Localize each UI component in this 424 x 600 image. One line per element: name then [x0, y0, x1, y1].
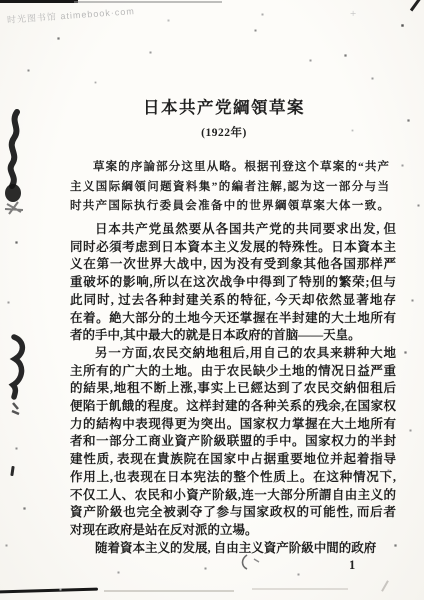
text-line: 建性质, 表现在貴族院在国家中占据重要地位并起着指导: [70, 451, 396, 469]
text-line: 主所有的广大的土地。由于农民缺少土地的情况日益严重: [70, 363, 396, 381]
document-year: (1922年): [61, 124, 387, 140]
editor-note: 草案的序論部分这里从略。根据刊登这个草案的“共产主义国际綱領问题資料集”的編者注…: [70, 158, 389, 217]
preface-line: 主义国际綱領问题資料集”的編者注解,認为这一部分与当: [70, 178, 389, 198]
text-line: 的結果,地租不断上涨,事实上已經达到了农民交納佃租后: [70, 380, 396, 398]
page-number: 1: [349, 558, 355, 573]
scan-corner-tick: [410, 0, 421, 11]
library-watermark: 时光图书馆 atimebook·com: [7, 4, 136, 26]
paragraph-3: 随着資本主义的发展, 自由主义資产阶級中間的政府: [70, 540, 396, 558]
text-line: 資产阶級也完全被剥夺了参与国家政权的可能性, 而后者: [70, 504, 396, 522]
ink-smudge-mid-left: [4, 332, 32, 418]
text-line: 日本共产党虽然要从各国共产党的共同要求出发, 但: [70, 221, 396, 239]
body-text: 日本共产党虽然要从各国共产党的共同要求出发, 但同时必須考虑到日本資本主义发展的…: [70, 221, 396, 557]
text-line: 此同时, 过去各种封建关系的特征, 今天却依然显著地存: [70, 292, 396, 310]
ink-tick-left: [10, 466, 14, 476]
text-line: 对现在政府是站在反对派的立場。: [70, 522, 396, 540]
preface-line: 时共产国际执行委員会准备中的世界綱領草案大体一致。: [70, 197, 389, 217]
dust-plus-mark: +: [350, 8, 356, 20]
text-line: 在着。絶大部分的土地今天还掌握在半封建的大土地所有: [70, 310, 396, 328]
text-line: 作用上,也表现在日本宪法的整个性质上。在这种情况下,: [70, 469, 396, 487]
text-line: 便陷于飢餓的程度。这样封建的各种关系的残余,在国家权: [70, 398, 396, 416]
scan-noise-speckles: [0, 0, 1, 1]
scan-edge-bottom-left: [0, 588, 98, 594]
scan-edge-bottom-faint-3: [381, 580, 389, 591]
paragraph-2: 另一方面,农民交納地租后,用自己的农具来耕种大地主所有的广大的土地。由于农民缺少…: [70, 345, 396, 540]
preface-line: 草案的序論部分这里从略。根据刊登这个草案的“共产: [70, 158, 389, 178]
text-line: 者和一部分工商业資产阶級联盟的手中。国家权力的半封: [70, 433, 396, 451]
text-line: 同时必須考虑到日本資本主义发展的特殊性。日本資本主: [70, 239, 396, 257]
text-line: 随着資本主义的发展, 自由主义資产阶級中間的政府: [70, 540, 396, 558]
text-line: 力的結构中表现得更为突出。国家权力掌握在大土地所有: [70, 416, 396, 434]
paragraph-1: 日本共产党虽然要从各国共产党的共同要求出发, 但同时必須考虑到日本資本主义发展的…: [70, 221, 396, 345]
ink-smudge-top-left: [2, 106, 32, 222]
text-line: 另一方面,农民交納地租后,用自己的农具来耕种大地: [70, 345, 396, 363]
document-title: 日本共产党綱領草案: [61, 94, 387, 118]
text-line: 重破坏的影响,所以在这次战争中得到了特别的繁荣;但与: [70, 274, 396, 292]
scan-edge-top-faint: [74, 1, 222, 3]
text-line: 义在第一次世界大战中, 因为没有受到象其他各国那样严: [70, 256, 396, 274]
scan-edge-bottom-faint-2: [252, 588, 348, 590]
text-line: 不仅工人、农民和小資产阶級,连一大部分所謂自由主义的: [70, 487, 396, 505]
scan-edge-top: [0, 0, 78, 3]
scan-edge-bottom-faint: [104, 590, 234, 592]
text-line: 者的手中,其中最大的就是日本政府的首脑——天皇。: [70, 327, 396, 345]
stray-pen-mark: [238, 553, 264, 571]
scanned-page: 时光图书馆 atimebook·com + 日本共产党綱領草案 (1922年) …: [0, 0, 424, 600]
